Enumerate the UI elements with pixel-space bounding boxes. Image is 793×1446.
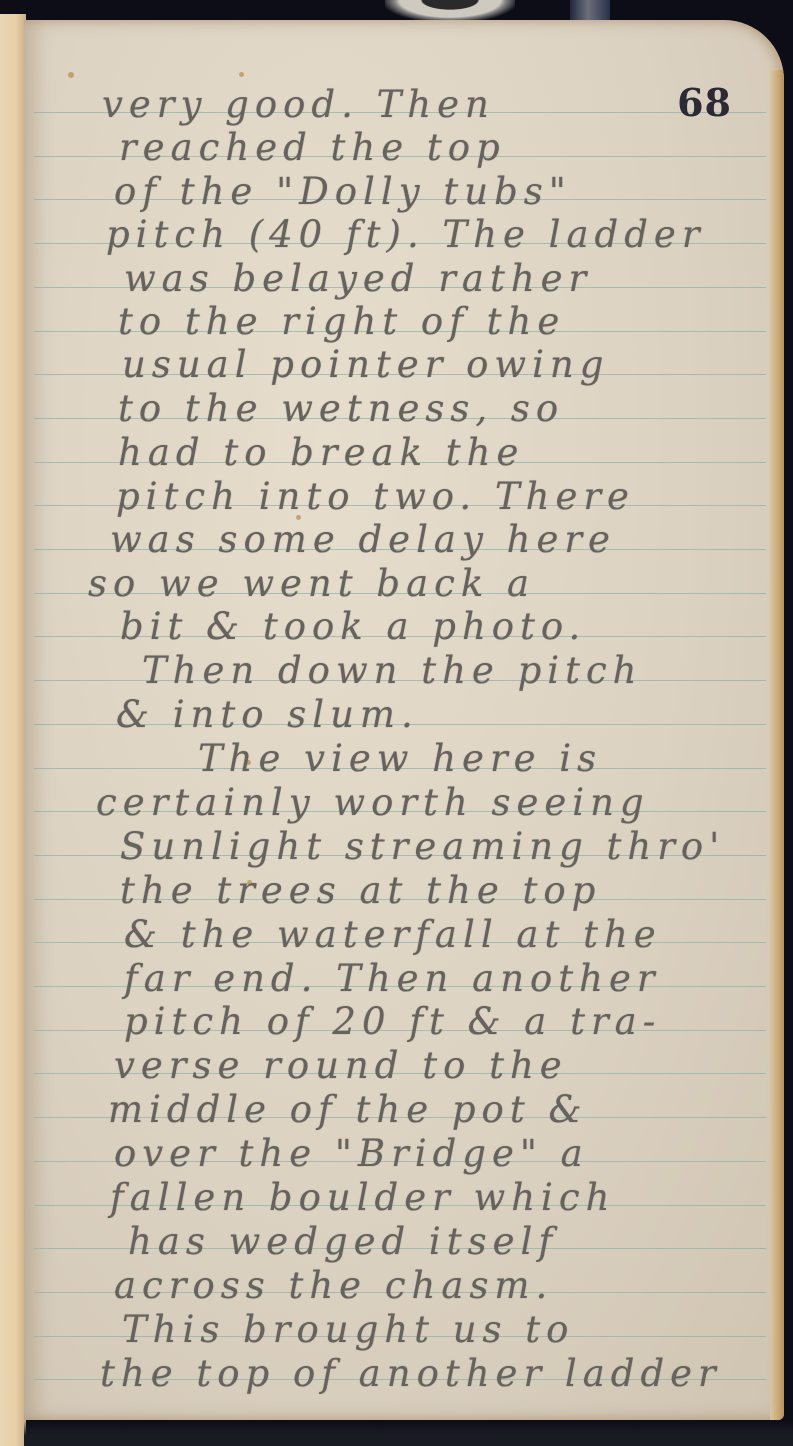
bottom-shadow [24,1420,793,1446]
paper-stain [239,72,244,77]
page-edge-stack [770,70,784,1420]
background-object [385,0,515,22]
text-line: the top of another ladder [100,1347,744,1401]
book-spine-edge [0,14,26,1446]
paper-stain [68,72,74,78]
notebook-page: 68 very good. Then reached the top of th… [24,20,784,1420]
